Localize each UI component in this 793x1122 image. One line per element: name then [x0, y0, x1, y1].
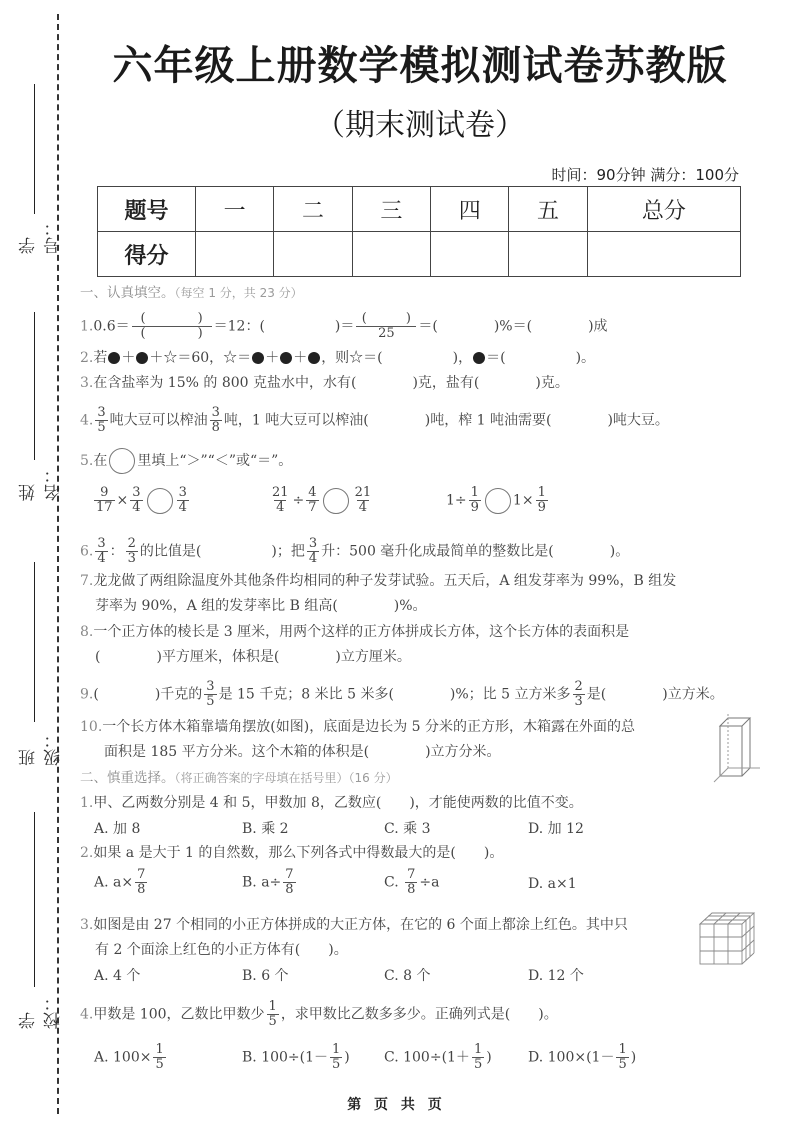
fraction: 78 — [135, 868, 147, 897]
question-2-3-line2: 有 2 个面涂上红色的小正方体有( )。 — [95, 940, 348, 960]
option-a[interactable]: A. a×78 — [94, 868, 149, 897]
student-id-label: 学号： — [16, 218, 38, 254]
question-number: 3. — [80, 917, 93, 933]
question-text: 在含盐率为 15% 的 800 克盐水中，水有( )克，盐有( )克。 — [93, 375, 569, 391]
question-1-9: 9.( )千克的35是 15 千克；8 米比 5 米多( )%；比 5 立方米多… — [80, 680, 724, 709]
numerator: 7 — [405, 868, 417, 882]
question-number: 2. — [80, 845, 93, 861]
option-text: ) — [631, 1050, 636, 1066]
score-header-cell: 一 — [196, 187, 274, 232]
numerator: 21 — [353, 486, 374, 500]
fraction: 19 — [536, 486, 548, 515]
score-table-header-row: 题号 一 二 三 四 五 总分 — [98, 187, 741, 232]
question-text: 0.6＝ — [93, 319, 129, 335]
student-id-blank[interactable] — [34, 84, 35, 214]
question-1-6: 6.34：23的比值是( )；把34升：500 毫升化成最简单的整数比是( )。 — [80, 537, 629, 566]
question-text: 甲、乙两数分别是 4 和 5，甲数加 8，乙数应( )，才能使两数的比值不变。 — [93, 795, 582, 811]
question-text: 龙龙做了两组除温度外其他条件均相同的种子发芽试验。五天后，A 组发芽率为 99%… — [93, 573, 676, 589]
comparison-item-1: 917×3434 — [92, 486, 191, 515]
option-text: B. 100÷(1－ — [242, 1050, 328, 1066]
name-label: 姓名： — [16, 465, 38, 501]
question-text: 如果 a 是大于 1 的自然数，那么下列各式中得数最大的是( )。 — [93, 845, 503, 861]
numerator: 1 — [469, 486, 481, 500]
score-table: 题号 一 二 三 四 五 总分 得分 — [97, 186, 741, 277]
numerator: 1 — [267, 1000, 279, 1014]
question-text: 吨，1 吨大豆可以榨油( )吨，榨 1 吨油需要( )吨大豆。 — [224, 413, 669, 429]
numerator: 21 — [270, 486, 291, 500]
numerator: 3 — [210, 406, 222, 420]
filled-circle-icon — [280, 352, 292, 364]
option-c[interactable]: C. 乘 3 — [384, 818, 430, 838]
cuboid-box-figure — [712, 712, 762, 784]
filled-circle-icon — [473, 352, 485, 364]
numerator: 7 — [283, 868, 295, 882]
question-text: 一个长方体木箱靠墙角摆放(如图)，底面是边长为 5 分米的正方形，木箱露在外面的… — [102, 719, 635, 735]
question-2-4: 4.甲数是 100，乙数比甲数少15，求甲数比乙数多多少。正确列式是( )。 — [80, 1000, 558, 1029]
numerator: 1 — [472, 1043, 484, 1057]
option-b[interactable]: B. 6 个 — [242, 965, 289, 985]
denominator: 4 — [307, 551, 319, 566]
numerator: 3 — [130, 486, 142, 500]
question-number: 4. — [80, 1007, 93, 1023]
score-header-cell: 总分 — [587, 187, 740, 232]
operator: ÷ — [293, 493, 305, 509]
denominator: 4 — [177, 500, 189, 515]
fraction: 15 — [153, 1043, 165, 1072]
question-number: 2. — [80, 350, 93, 366]
option-text: ) — [486, 1050, 491, 1066]
operator: × — [117, 493, 129, 509]
denominator: 8 — [405, 882, 417, 897]
numerator: 4 — [306, 486, 318, 500]
score-table-score-row: 得分 — [98, 232, 741, 277]
fraction: 15 — [267, 1000, 279, 1029]
option-b[interactable]: B. a÷78 — [242, 868, 298, 897]
numerator: 3 — [95, 406, 107, 420]
fraction-blank[interactable]: ( )25 — [356, 312, 416, 341]
question-text: 的比值是( )；把 — [140, 544, 305, 560]
question-text: 若 — [93, 350, 107, 366]
question-text: ( )千克的 — [93, 687, 202, 703]
question-text: ＋☆＝60，☆＝ — [149, 350, 251, 366]
score-header-cell: 题号 — [98, 187, 196, 232]
denominator: ( ) — [132, 326, 212, 341]
fraction: 78 — [283, 868, 295, 897]
denominator: 4 — [95, 551, 107, 566]
option-text: A. a× — [94, 875, 133, 891]
option-c[interactable]: C. 100÷(1＋15) — [384, 1043, 492, 1072]
fraction: 34 — [130, 486, 142, 515]
question-1-1: 1.0.6＝( )( )＝12：( )＝( )25＝( )%＝( )成 — [80, 312, 608, 341]
denominator: 5 — [267, 1014, 279, 1029]
option-d[interactable]: D. a×1 — [528, 876, 577, 892]
question-text: 是 15 千克；8 米比 5 米多( )%；比 5 立方米多 — [219, 687, 571, 703]
numerator: 1 — [153, 1043, 165, 1057]
fraction: 214 — [353, 486, 374, 515]
question-1-5: 5.在里填上“＞”“＜”或“＝”。 — [80, 448, 292, 474]
score-cell[interactable] — [587, 232, 740, 277]
denominator: 9 — [469, 500, 481, 515]
class-label: 班级： — [16, 730, 38, 766]
question-1-4: 4.35吨大豆可以榨油38吨，1 吨大豆可以榨油( )吨，榨 1 吨油需要( )… — [80, 406, 669, 435]
option-a[interactable]: A. 100×15 — [94, 1043, 168, 1072]
binding-dashed-line — [57, 14, 59, 1114]
question-text: 升：500 毫升化成最简单的整数比是( )。 — [321, 544, 629, 560]
filled-circle-icon — [308, 352, 320, 364]
fraction: 47 — [306, 486, 318, 515]
fraction: 19 — [469, 486, 481, 515]
school-blank[interactable] — [34, 812, 35, 987]
question-number: 8. — [80, 624, 93, 640]
numerator: 3 — [95, 537, 107, 551]
numerator: 1 — [536, 486, 548, 500]
question-number: 1. — [80, 319, 93, 335]
score-cell[interactable] — [274, 232, 352, 277]
score-row-label: 得分 — [98, 232, 196, 277]
denominator: 17 — [94, 500, 115, 515]
rubiks-cube-figure — [698, 910, 760, 966]
numerator: 1 — [616, 1043, 628, 1057]
question-number: 3. — [80, 375, 93, 391]
numerator: 7 — [135, 868, 147, 882]
fraction: 15 — [616, 1043, 628, 1072]
question-number: 1. — [80, 795, 93, 811]
question-text: ，则☆＝( )， — [321, 350, 472, 366]
denominator: 5 — [204, 694, 216, 709]
filled-circle-icon — [252, 352, 264, 364]
denominator: 4 — [274, 500, 286, 515]
numerator: ( ) — [356, 312, 416, 326]
question-text: 里填上“＞”“＜”或“＝”。 — [137, 453, 292, 469]
question-1-2: 2.若＋＋☆＝60，☆＝＋＋，则☆＝( )，＝( )。 — [80, 348, 595, 368]
section1-note: （每空 1 分，共 23 分） — [175, 286, 303, 300]
denominator: 5 — [616, 1057, 628, 1072]
school-label: 学校： — [16, 993, 38, 1029]
option-text: B. a÷ — [242, 875, 281, 891]
question-1-7-line2: 芽率为 90%，A 组的发芽率比 B 组高( )%。 — [95, 596, 427, 616]
question-text: ＝( )%＝( )成 — [418, 319, 607, 335]
question-2-3-line1: 3.如图是由 27 个相同的小正方体拼成的大正方体，在它的 6 个面上都涂上红色… — [80, 915, 628, 935]
question-2-2: 2.如果 a 是大于 1 的自然数，那么下列各式中得数最大的是( )。 — [80, 843, 503, 863]
page-title: 六年级上册数学模拟测试卷苏教版 — [100, 34, 740, 91]
comparison-circle-input[interactable] — [323, 488, 349, 514]
option-b[interactable]: B. 100÷(1－15) — [242, 1043, 350, 1072]
filled-circle-icon — [108, 352, 120, 364]
question-number: 4. — [80, 413, 93, 429]
fraction: 15 — [472, 1043, 484, 1072]
numerator: 2 — [573, 680, 585, 694]
numerator: 3 — [177, 486, 189, 500]
filled-circle-icon — [136, 352, 148, 364]
fraction: 35 — [204, 680, 216, 709]
comparison-circle-input[interactable] — [485, 488, 511, 514]
score-cell[interactable] — [509, 232, 587, 277]
denominator: 9 — [536, 500, 548, 515]
option-text: A. 100× — [94, 1050, 151, 1066]
fraction: 78 — [405, 868, 417, 897]
question-1-8-line2: ( )平方厘米，体积是( )立方厘米。 — [95, 647, 411, 667]
denominator: 5 — [95, 420, 107, 435]
fraction-blank[interactable]: ( )( ) — [132, 312, 212, 341]
numerator: 2 — [126, 537, 138, 551]
numerator: 9 — [98, 486, 110, 500]
option-text: ÷a — [419, 875, 439, 891]
question-text: 一个正方体的棱长是 3 厘米，用两个这样的正方体拼成长方体，这个长方体的表面积是 — [93, 624, 629, 640]
numerator: 1 — [330, 1043, 342, 1057]
denominator: 3 — [126, 551, 138, 566]
section2-title: 二、慎重选择。 — [80, 770, 175, 786]
numerator: 3 — [204, 680, 216, 694]
page-subtitle: （期末测试卷） — [100, 100, 740, 144]
denominator: 5 — [153, 1057, 165, 1072]
question-text: 如图是由 27 个相同的小正方体拼成的大正方体，在它的 6 个面上都涂上红色。其… — [93, 917, 628, 933]
fraction: 38 — [210, 406, 222, 435]
comparison-item-3: 1÷191×19 — [446, 486, 550, 515]
question-1-8-line1: 8.一个正方体的棱长是 3 厘米，用两个这样的正方体拼成长方体，这个长方体的表面… — [80, 622, 629, 642]
denominator: 4 — [130, 500, 142, 515]
option-text: D. 100×(1－ — [528, 1050, 614, 1066]
question-number: 10. — [80, 719, 102, 735]
fraction: 214 — [270, 486, 291, 515]
fraction: 917 — [94, 486, 115, 515]
option-text: C. — [384, 875, 403, 891]
question-1-10-line2: 面积是 185 平方分米。这个木箱的体积是( )立方分米。 — [104, 742, 501, 762]
score-cell[interactable] — [431, 232, 509, 277]
question-text: ，求甲数比乙数多多少。正确列式是( )。 — [281, 1007, 558, 1023]
section1-title: 一、认真填空。 — [80, 285, 175, 301]
comparison-circle-input[interactable] — [147, 488, 173, 514]
score-header-cell: 五 — [509, 187, 587, 232]
denominator: 8 — [135, 882, 147, 897]
question-text: 在 — [93, 453, 107, 469]
expression-text: 1× — [513, 493, 534, 509]
question-text: ＝12：( )＝ — [214, 319, 355, 335]
denominator: 25 — [356, 326, 416, 341]
question-1-3: 3.在含盐率为 15% 的 800 克盐水中，水有( )克，盐有( )克。 — [80, 373, 569, 393]
question-number: 7. — [80, 573, 93, 589]
numerator: ( ) — [132, 312, 212, 326]
fraction: 35 — [95, 406, 107, 435]
denominator: 8 — [210, 420, 222, 435]
question-number: 6. — [80, 544, 93, 560]
question-2-1: 1.甲、乙两数分别是 4 和 5，甲数加 8，乙数应( )，才能使两数的比值不变… — [80, 793, 583, 813]
section1-heading: 一、认真填空。（每空 1 分，共 23 分） — [80, 283, 303, 303]
score-cell[interactable] — [196, 232, 274, 277]
question-1-10-line1: 10.一个长方体木箱靠墙角摆放(如图)，底面是边长为 5 分米的正方形，木箱露在… — [80, 717, 635, 737]
option-d[interactable]: D. 12 个 — [528, 965, 584, 985]
question-text: ＝( )。 — [486, 350, 595, 366]
score-header-cell: 三 — [352, 187, 430, 232]
denominator: 4 — [357, 500, 369, 515]
denominator: 3 — [573, 694, 585, 709]
option-text: ) — [344, 1050, 349, 1066]
score-cell[interactable] — [352, 232, 430, 277]
score-header-cell: 四 — [431, 187, 509, 232]
option-d[interactable]: D. 100×(1－15) — [528, 1043, 636, 1072]
denominator: 8 — [283, 882, 295, 897]
question-number: 5. — [80, 453, 93, 469]
question-text: 甲数是 100，乙数比甲数少 — [93, 1007, 264, 1023]
class-blank[interactable] — [34, 562, 35, 722]
name-blank[interactable] — [34, 312, 35, 460]
section2-heading: 二、慎重选择。（将正确答案的字母填在括号里）（16 分） — [80, 768, 398, 788]
page-footer: 第 页 共 页 — [0, 1094, 793, 1114]
question-text: 是( )立方米。 — [587, 687, 724, 703]
fraction: 23 — [126, 537, 138, 566]
fraction: 34 — [95, 537, 107, 566]
exam-meta: 时间：90分钟 满分：100分 — [552, 164, 740, 185]
option-a[interactable]: A. 4 个 — [94, 965, 140, 985]
fraction: 34 — [307, 537, 319, 566]
denominator: 5 — [330, 1057, 342, 1072]
question-text: ＋ — [121, 350, 135, 366]
option-c[interactable]: C. 78÷a — [384, 868, 439, 897]
option-a[interactable]: A. 加 8 — [94, 818, 140, 838]
option-d[interactable]: D. 加 12 — [528, 818, 584, 838]
empty-circle-icon — [109, 448, 135, 474]
option-c[interactable]: C. 8 个 — [384, 965, 430, 985]
fraction: 15 — [330, 1043, 342, 1072]
option-b[interactable]: B. 乘 2 — [242, 818, 289, 838]
question-number: 9. — [80, 687, 93, 703]
comparison-item-2: 214÷47214 — [268, 486, 375, 515]
operator: ： — [110, 544, 124, 560]
denominator: 7 — [306, 500, 318, 515]
question-1-7-line1: 7.龙龙做了两组除温度外其他条件均相同的种子发芽试验。五天后，A 组发芽率为 9… — [80, 571, 676, 591]
numerator: 3 — [307, 537, 319, 551]
option-text: C. 100÷(1＋ — [384, 1050, 470, 1066]
expression-text: 1÷ — [446, 493, 467, 509]
fraction: 23 — [573, 680, 585, 709]
question-text: 吨大豆可以榨油 — [110, 413, 208, 429]
score-header-cell: 二 — [274, 187, 352, 232]
denominator: 5 — [472, 1057, 484, 1072]
section2-note: （将正确答案的字母填在括号里）（16 分） — [175, 771, 398, 785]
fraction: 34 — [177, 486, 189, 515]
